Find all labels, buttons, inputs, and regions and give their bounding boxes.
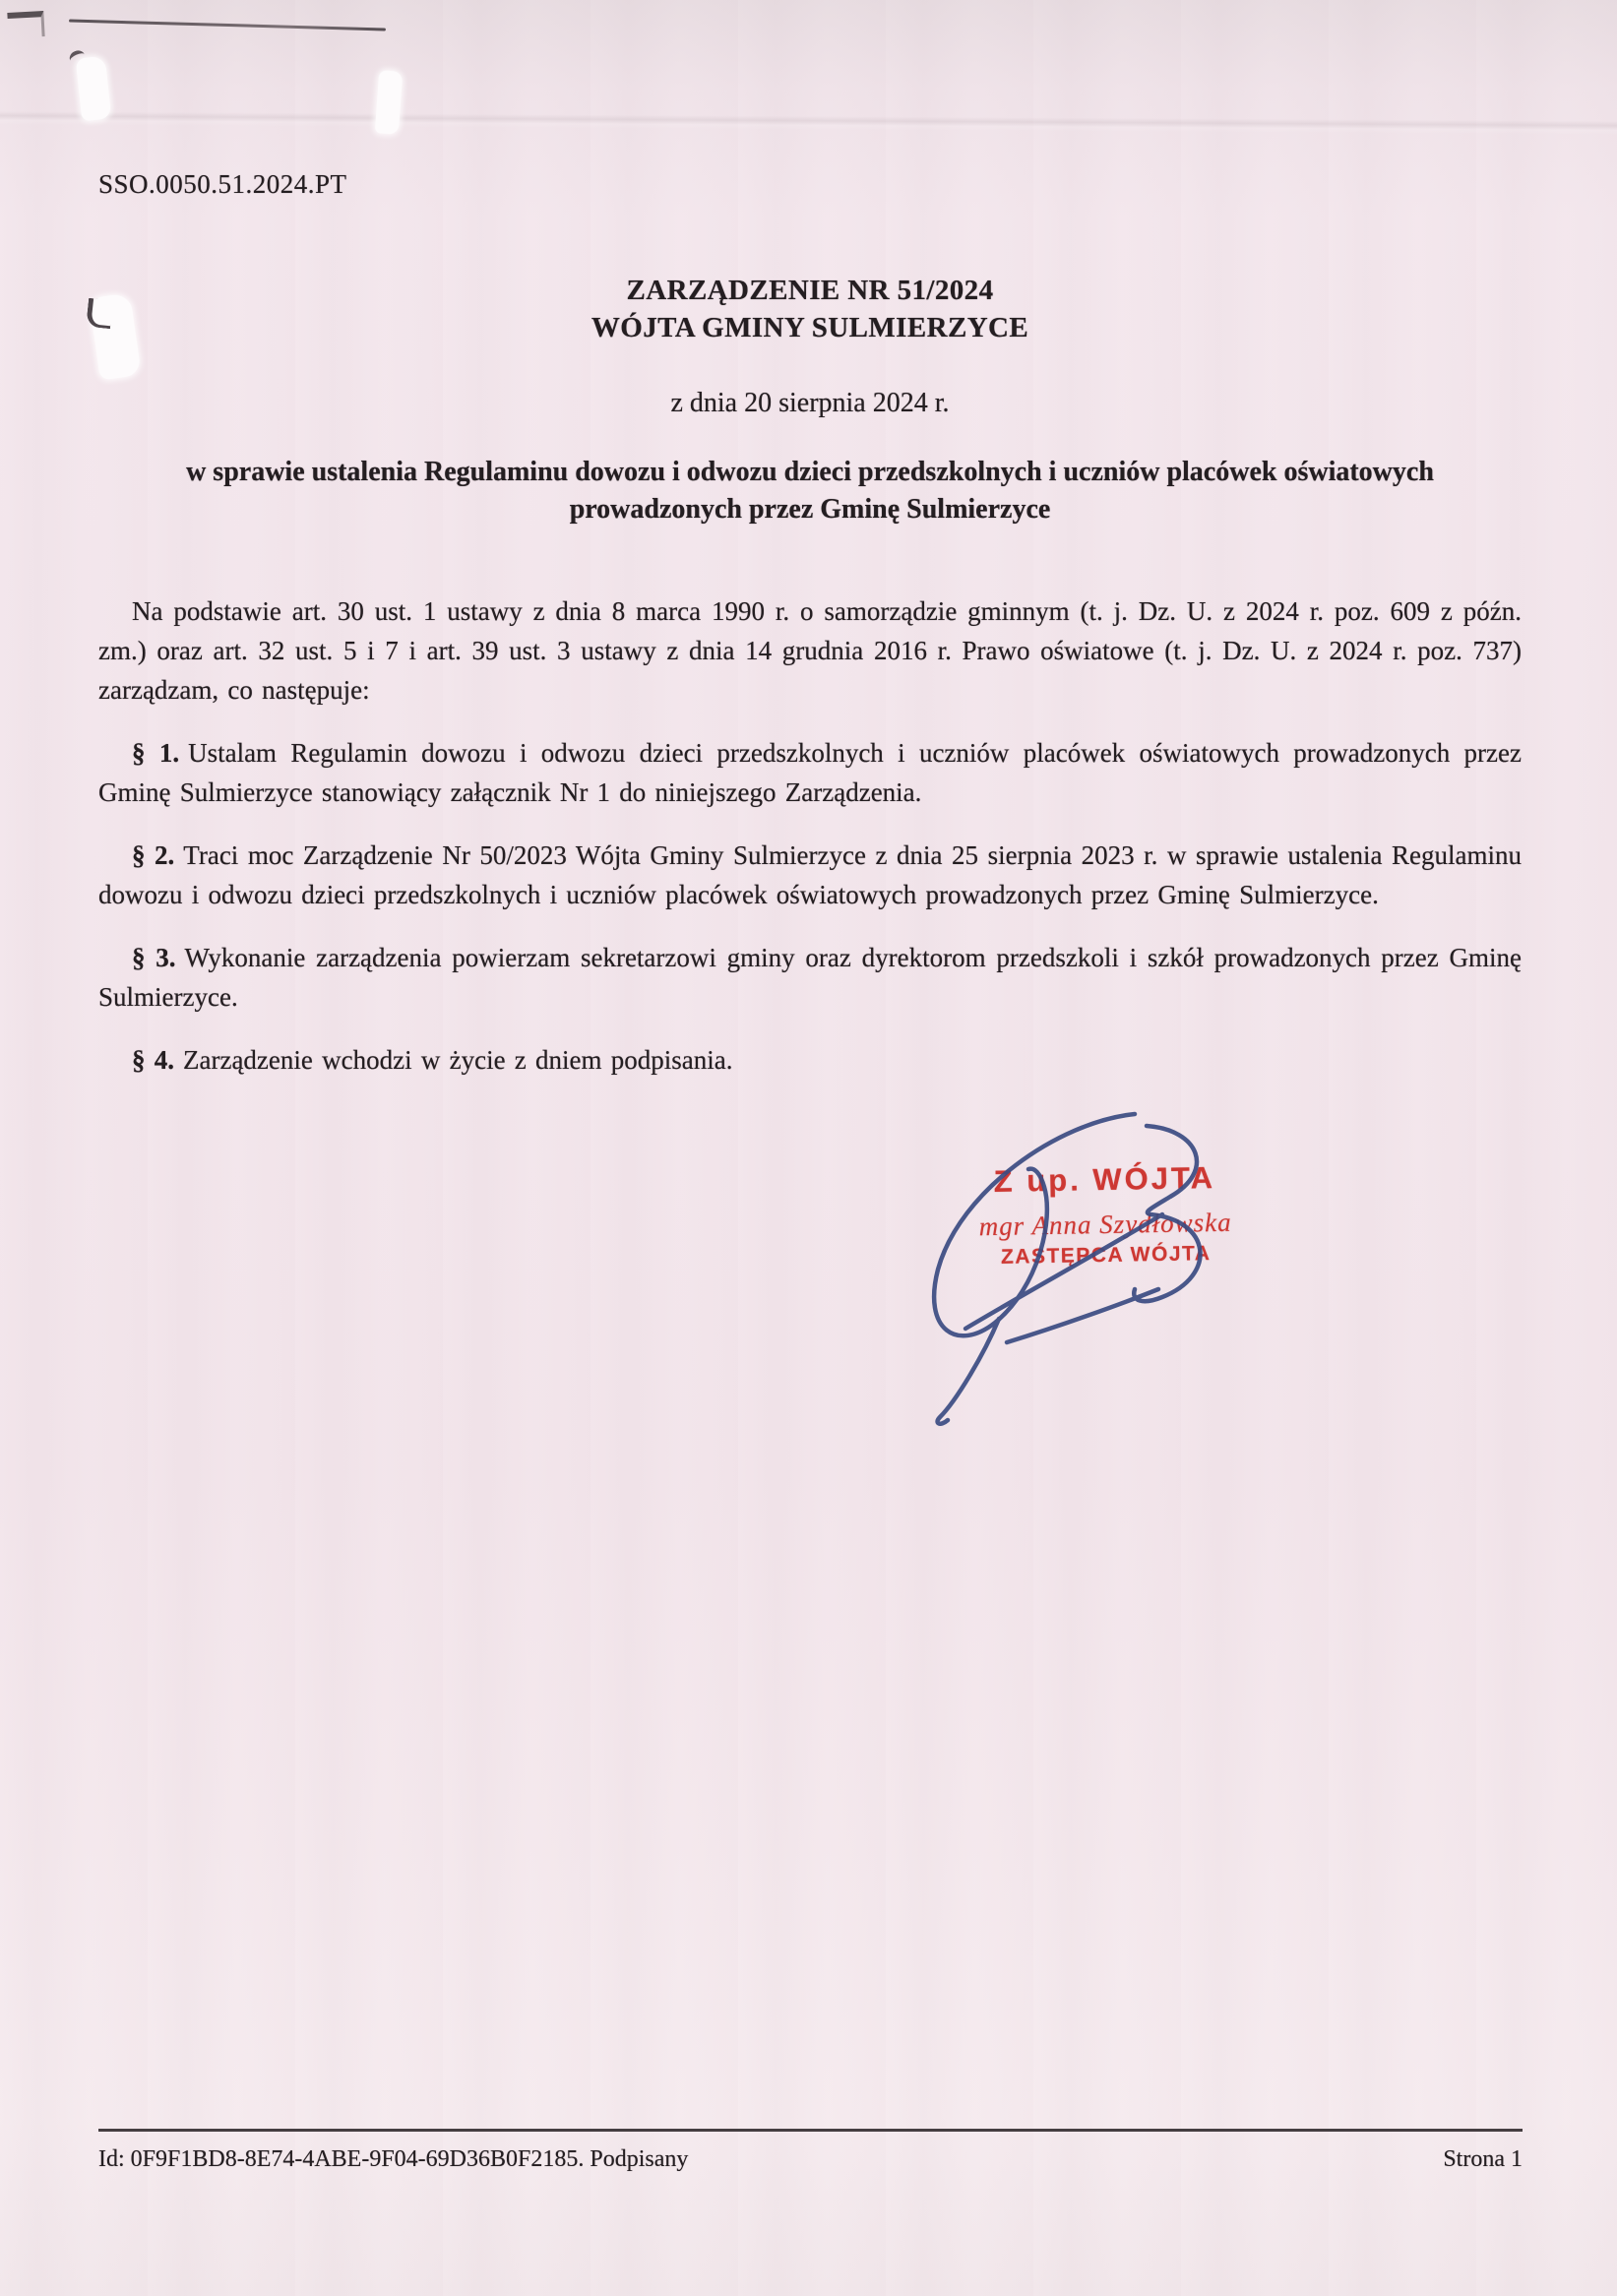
scan-crease-artifact [0, 111, 1617, 135]
document-body: Na podstawie art. 30 ust. 1 ustawy z dni… [98, 591, 1522, 1080]
handwritten-signature [901, 1094, 1255, 1434]
paragraph-3-text: Wykonanie zarządzenia powierzam sekretar… [98, 943, 1522, 1012]
footer-document-id: Id: 0F9F1BD8-8E74-4ABE-9F04-69D36B0F2185… [98, 2143, 688, 2175]
signature-block: Z up. WÓJTA mgr Anna Szydłowska ZASTĘPCA… [901, 1094, 1255, 1434]
footer-divider [98, 2129, 1523, 2132]
document-title-line2: WÓJTA GMINY SULMIERZYCE [98, 309, 1522, 346]
paragraph-1-text: Ustalam Regulamin dowozu i odwozu dzieci… [98, 738, 1522, 807]
footer-page-number: Strona 1 [1443, 2143, 1523, 2175]
paragraph-2-marker: § 2. [132, 840, 183, 870]
paragraph-1-marker: § 1. [132, 738, 188, 768]
document-title-line1: ZARZĄDZENIE NR 51/2024 [98, 272, 1522, 309]
paragraph-4: § 4.Zarządzenie wchodzi w życie z dniem … [98, 1040, 1522, 1080]
document-title: ZARZĄDZENIE NR 51/2024 WÓJTA GMINY SULMI… [98, 272, 1522, 346]
paragraph-3-marker: § 3. [132, 943, 185, 972]
preamble-paragraph: Na podstawie art. 30 ust. 1 ustawy z dni… [98, 591, 1522, 710]
scan-corner-mark-artifact [7, 11, 44, 38]
scan-scratch-artifact [69, 20, 386, 31]
document-content: SSO.0050.51.2024.PT ZARZĄDZENIE NR 51/20… [98, 165, 1522, 1080]
paragraph-4-marker: § 4. [132, 1045, 183, 1075]
document-date: z dnia 20 sierpnia 2024 r. [98, 386, 1522, 421]
paragraph-1: § 1.Ustalam Regulamin dowozu i odwozu dz… [98, 733, 1522, 812]
document-subject: w sprawie ustalenia Regulaminu dowozu i … [175, 454, 1445, 528]
staple-hole-artifact [375, 70, 403, 135]
document-reference-number: SSO.0050.51.2024.PT [98, 165, 1522, 203]
paragraph-2: § 2.Traci moc Zarządzenie Nr 50/2023 Wój… [98, 836, 1522, 914]
page-footer: Id: 0F9F1BD8-8E74-4ABE-9F04-69D36B0F2185… [98, 2143, 1523, 2175]
paragraph-3: § 3.Wykonanie zarządzenia powierzam sekr… [98, 938, 1522, 1017]
staple-hole-artifact [76, 56, 112, 122]
paragraph-4-text: Zarządzenie wchodzi w życie z dniem podp… [183, 1045, 733, 1075]
scanned-document-page: SSO.0050.51.2024.PT ZARZĄDZENIE NR 51/20… [0, 0, 1617, 2296]
paragraph-2-text: Traci moc Zarządzenie Nr 50/2023 Wójta G… [98, 840, 1522, 909]
